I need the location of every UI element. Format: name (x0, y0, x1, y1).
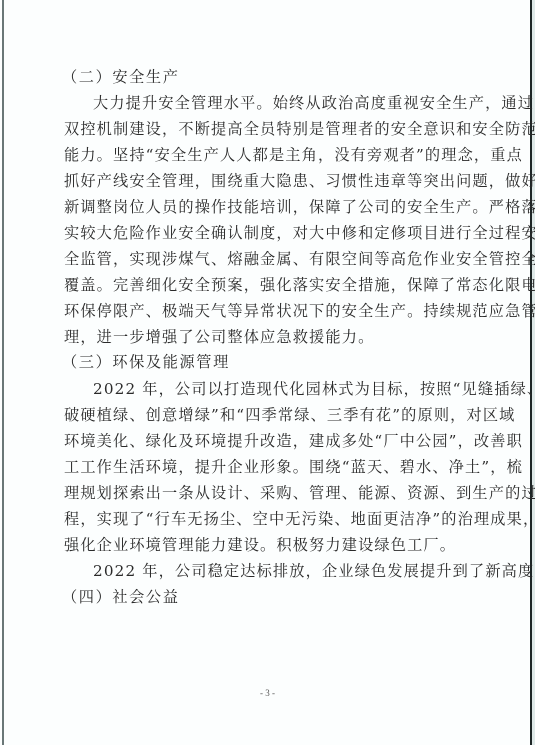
section-heading-safety: （二）安全生产 (62, 68, 474, 86)
paragraph-line: 工工作生活环境，提升企业形象。围绕“蓝天、碧水、净土”，梳 (64, 458, 476, 476)
paragraph-line: 强化企业环境管理能力建设。积极努力建设绿色工厂。 (64, 536, 476, 554)
paragraph-line: 破硬植绿、创意增绿”和“四季常绿、三季有花”的原则，对区域 (64, 406, 476, 424)
paragraph-line: 2022 年，公司稳定达标排放，企业绿色发展提升到了新高度。 (93, 562, 476, 580)
section-heading-environment: （三）环保及能源管理 (62, 353, 474, 371)
paragraph-line: 能力。坚持“安全生产人人都是主角，没有旁观者”的理念，重点 (64, 146, 476, 164)
paragraph-line: 全监管，实现涉煤气、熔融金属、有限空间等高危作业安全管控全 (64, 250, 476, 268)
paragraph-line: 2022 年，公司以打造现代化园林式为目标，按照“见缝插绿、 (93, 380, 476, 398)
paragraph-line: 实较大危险作业安全确认制度，对大中修和定修项目进行全过程安 (64, 224, 476, 242)
paragraph-line: 环境美化、绿化及环境提升改造，建成多处“厂中公园”，改善职 (64, 432, 476, 450)
paragraph-line: 覆盖。完善细化安全预案，强化落实安全措施，保障了常态化限电、 (64, 276, 476, 294)
paragraph-line: 理，进一步增强了公司整体应急救援能力。 (64, 328, 476, 346)
page-number: - 3 - (0, 688, 535, 698)
paragraph-line: 环保停限产、极端天气等异常状况下的安全生产。持续规范应急管 (64, 302, 476, 320)
paragraph-line: 大力提升安全管理水平。始终从政治高度重视安全生产，通过 (93, 94, 476, 112)
scan-edge-left (2, 0, 4, 745)
paragraph-line: 理规划探索出一条从设计、采购、管理、能源、资源、到生产的过 (64, 484, 476, 502)
section-heading-public-welfare: （四）社会公益 (62, 588, 474, 606)
paragraph-line: 新调整岗位人员的操作技能培训，保障了公司的安全生产。严格落 (64, 198, 476, 216)
paragraph-line: 抓好产线安全管理，围绕重大隐患、习惯性违章等突出问题，做好 (64, 172, 476, 190)
paragraph-line: 程，实现了“行车无扬尘、空中无污染、地面更洁净”的治理成果， (64, 510, 476, 528)
paragraph-line: 双控机制建设，不断提高全员特别是管理者的安全意识和安全防范 (64, 120, 476, 138)
document-page: （二）安全生产 大力提升安全管理水平。始终从政治高度重视安全生产，通过 双控机制… (0, 0, 535, 745)
